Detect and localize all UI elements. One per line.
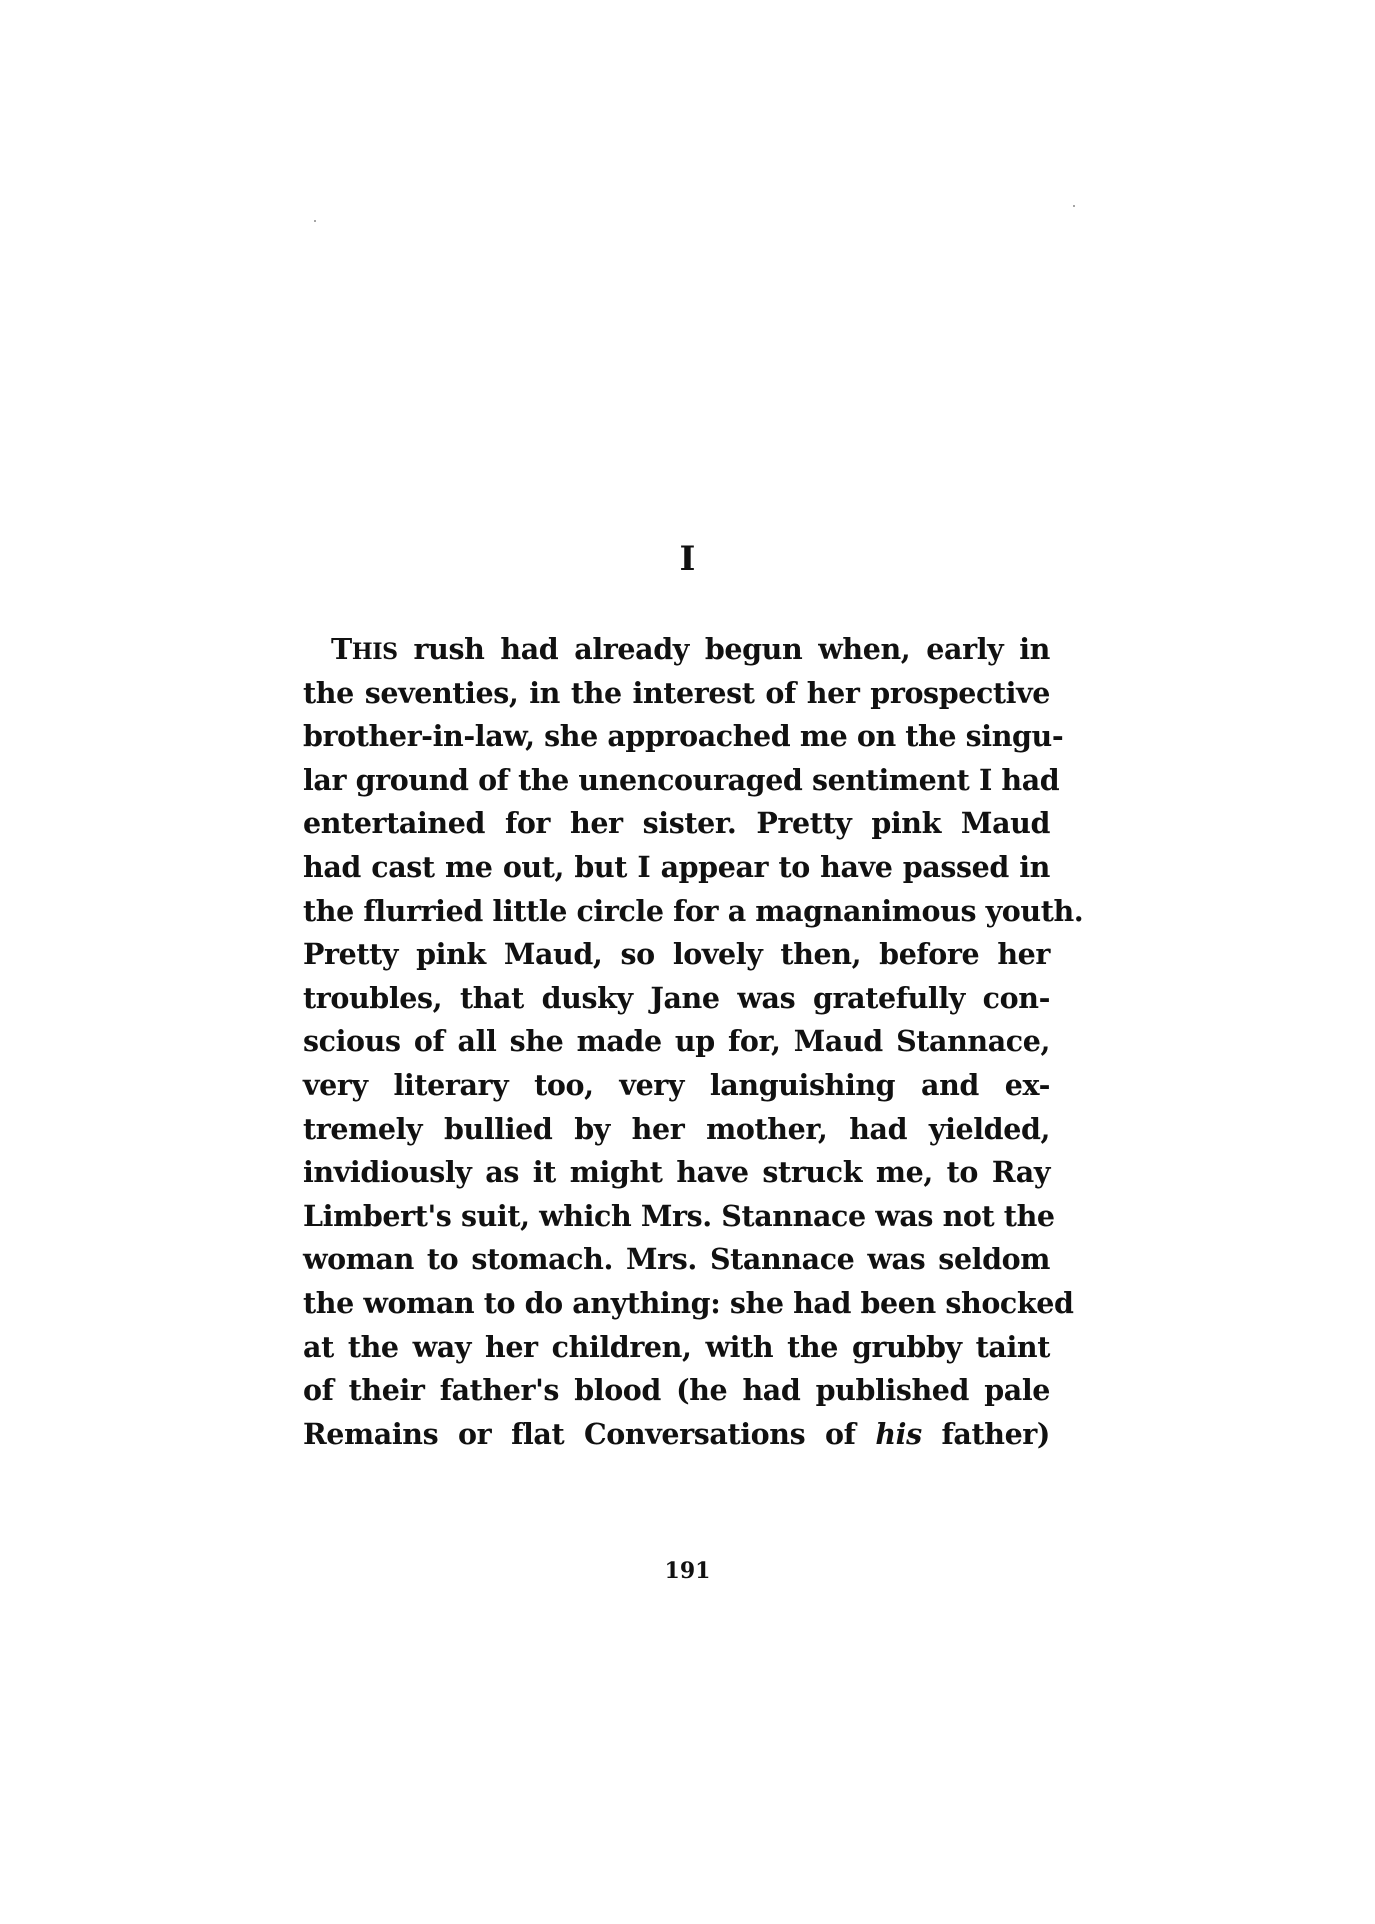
- text-line: the seventies, in the interest of her pr…: [303, 672, 1050, 716]
- text-line: entertained for her sister. Pretty pink …: [303, 802, 1050, 846]
- line-text: rush had already begun when, early in: [398, 632, 1050, 666]
- drop-initial: T: [331, 632, 352, 666]
- body-paragraph: THIS rush had already begun when, early …: [303, 628, 1050, 1456]
- page-number: 191: [0, 1558, 1375, 1584]
- scan-speck: [314, 220, 316, 222]
- text-line: brother-in-law, she approached me on the…: [303, 715, 1050, 759]
- text-line: THIS rush had already begun when, early …: [303, 628, 1050, 672]
- line-text: Remains or flat Conversations of: [303, 1417, 875, 1451]
- text-line: scious of all she made up for, Maud Stan…: [303, 1020, 1050, 1064]
- text-line: lar ground of the unencouraged sentiment…: [303, 759, 1050, 803]
- text-line: Pretty pink Maud, so lovely then, before…: [303, 933, 1050, 977]
- text-line: troubles, that dusky Jane was gratefully…: [303, 977, 1050, 1021]
- line-text: father): [922, 1417, 1050, 1451]
- text-line: had cast me out, but I appear to have pa…: [303, 846, 1050, 890]
- text-line: Remains or flat Conversations of his fat…: [303, 1413, 1050, 1457]
- text-line: Limbert's suit, which Mrs. Stannace was …: [303, 1195, 1050, 1239]
- text-line: the flurried little circle for a magnani…: [303, 890, 1050, 934]
- chapter-heading: I: [0, 542, 1375, 576]
- text-line: very literary too, very languishing and …: [303, 1064, 1050, 1108]
- text-line: of their father's blood (he had publishe…: [303, 1369, 1050, 1413]
- italic-text: his: [875, 1417, 921, 1451]
- text-line: woman to stomach. Mrs. Stannace was seld…: [303, 1238, 1050, 1282]
- small-caps-text: HIS: [352, 639, 398, 665]
- scan-speck: [1073, 205, 1075, 207]
- text-line: invidiously as it might have struck me, …: [303, 1151, 1050, 1195]
- text-line: the woman to do anything: she had been s…: [303, 1282, 1050, 1326]
- text-line: tremely bullied by her mother, had yield…: [303, 1108, 1050, 1152]
- text-line: at the way her children, with the grubby…: [303, 1326, 1050, 1370]
